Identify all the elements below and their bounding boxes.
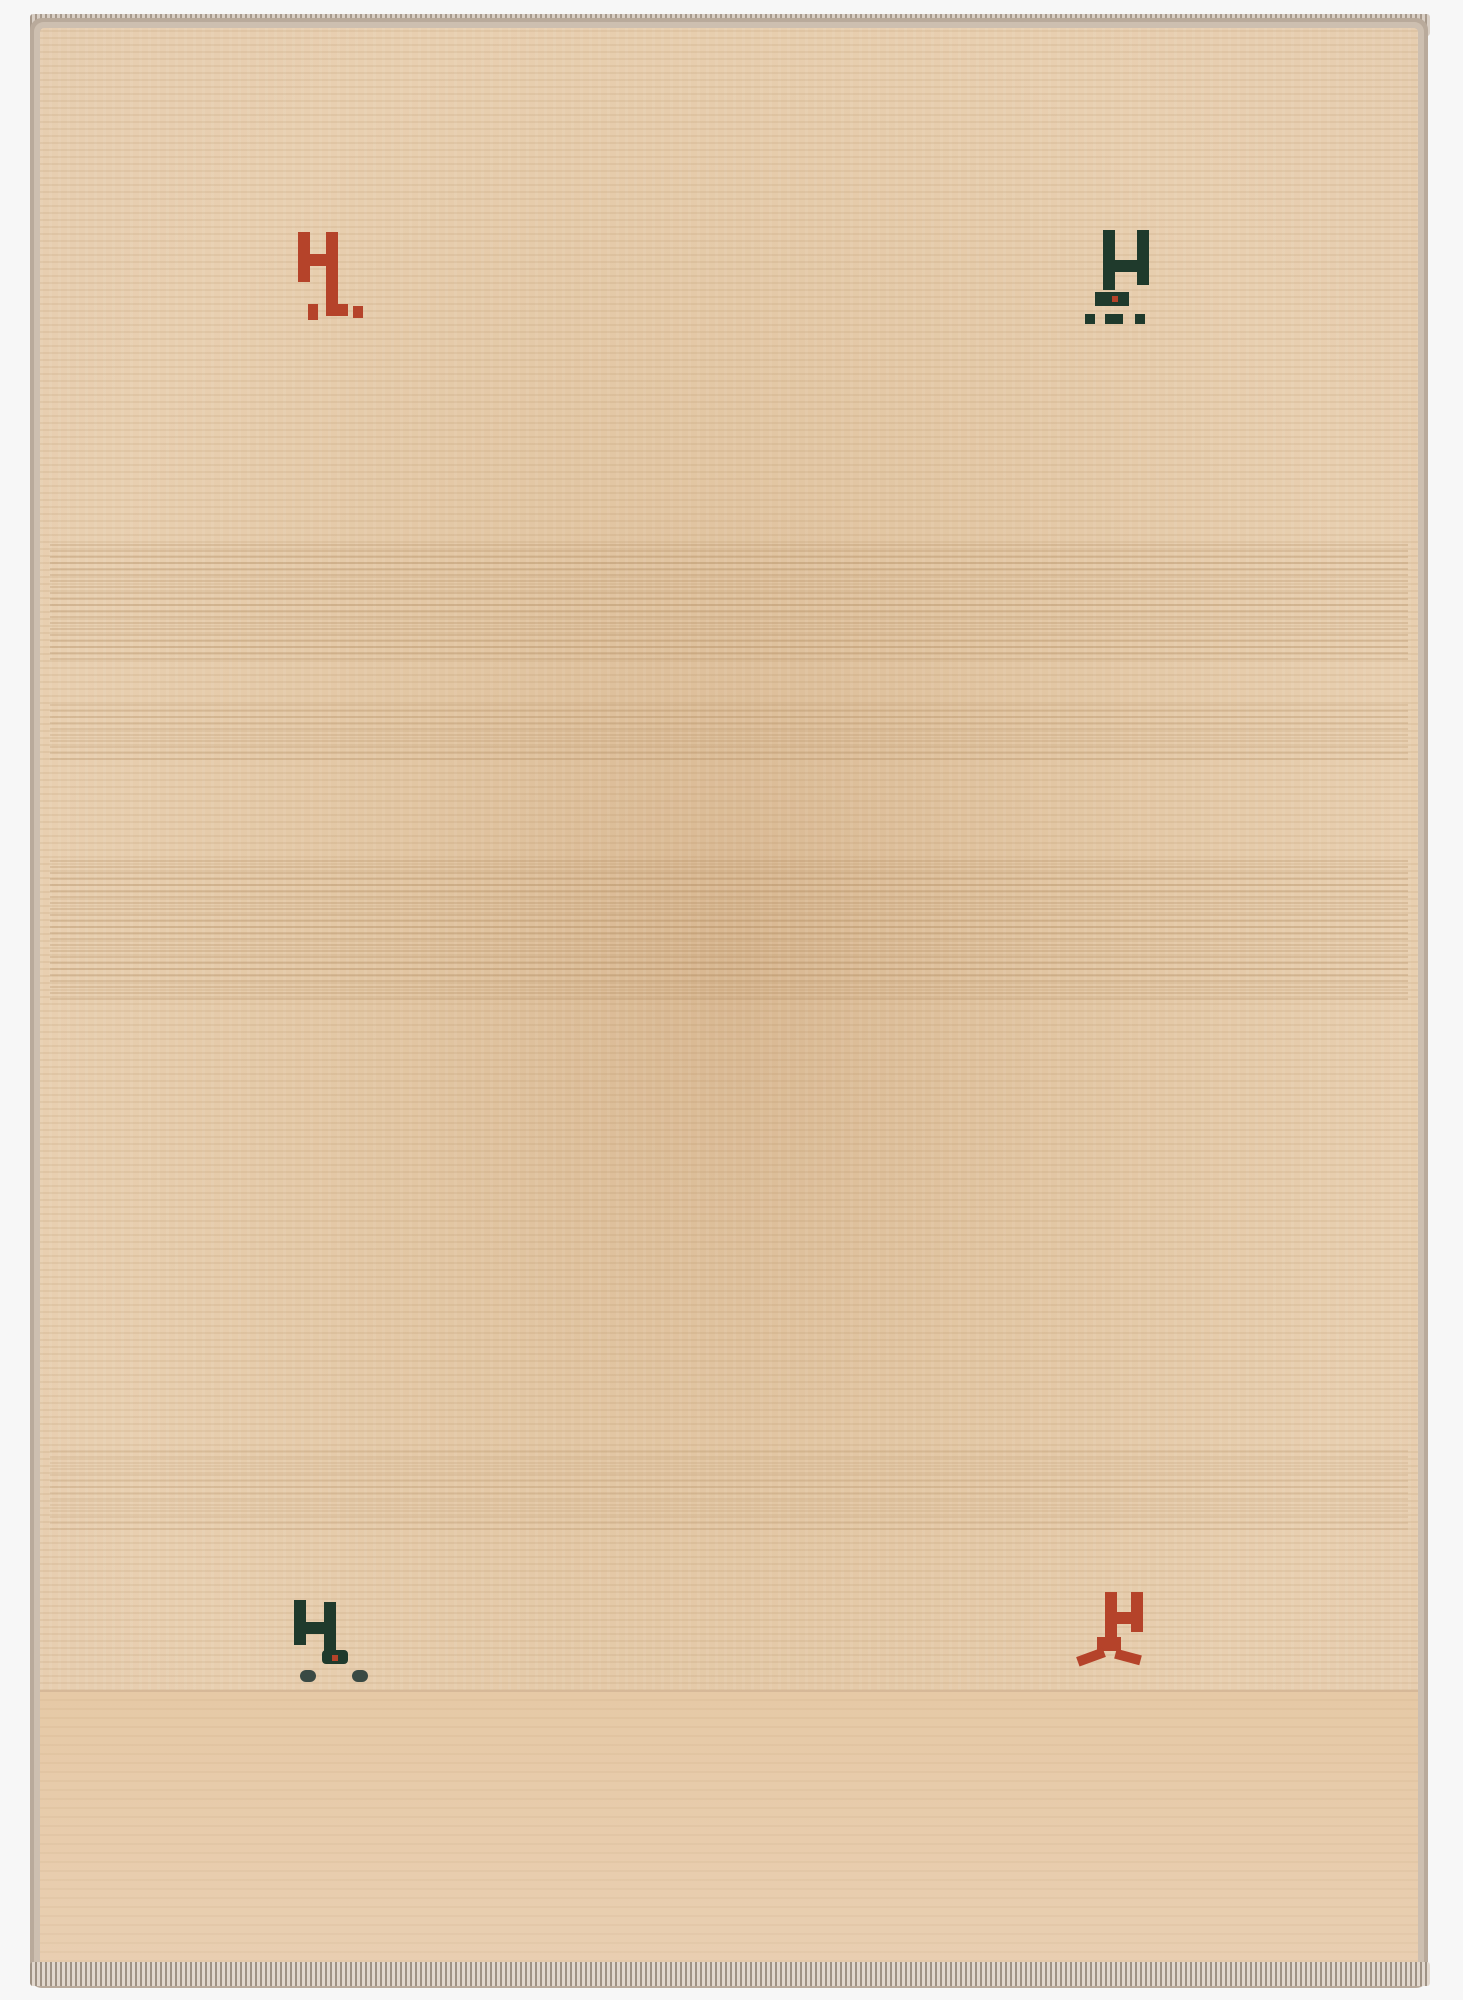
rug-fringe-bottom	[30, 1962, 1430, 1986]
h-figure-icon	[298, 232, 368, 322]
rug-bottom-band	[40, 1690, 1418, 1980]
h-figure-icon	[294, 1600, 364, 1690]
rug-streak	[50, 1450, 1408, 1530]
rug-streak	[50, 860, 1408, 1000]
rug-streak	[50, 700, 1408, 760]
h-figure-icon	[1085, 230, 1155, 320]
h-figure-icon	[1075, 1592, 1145, 1682]
rug-streak	[50, 540, 1408, 660]
rug-field	[40, 28, 1418, 1978]
